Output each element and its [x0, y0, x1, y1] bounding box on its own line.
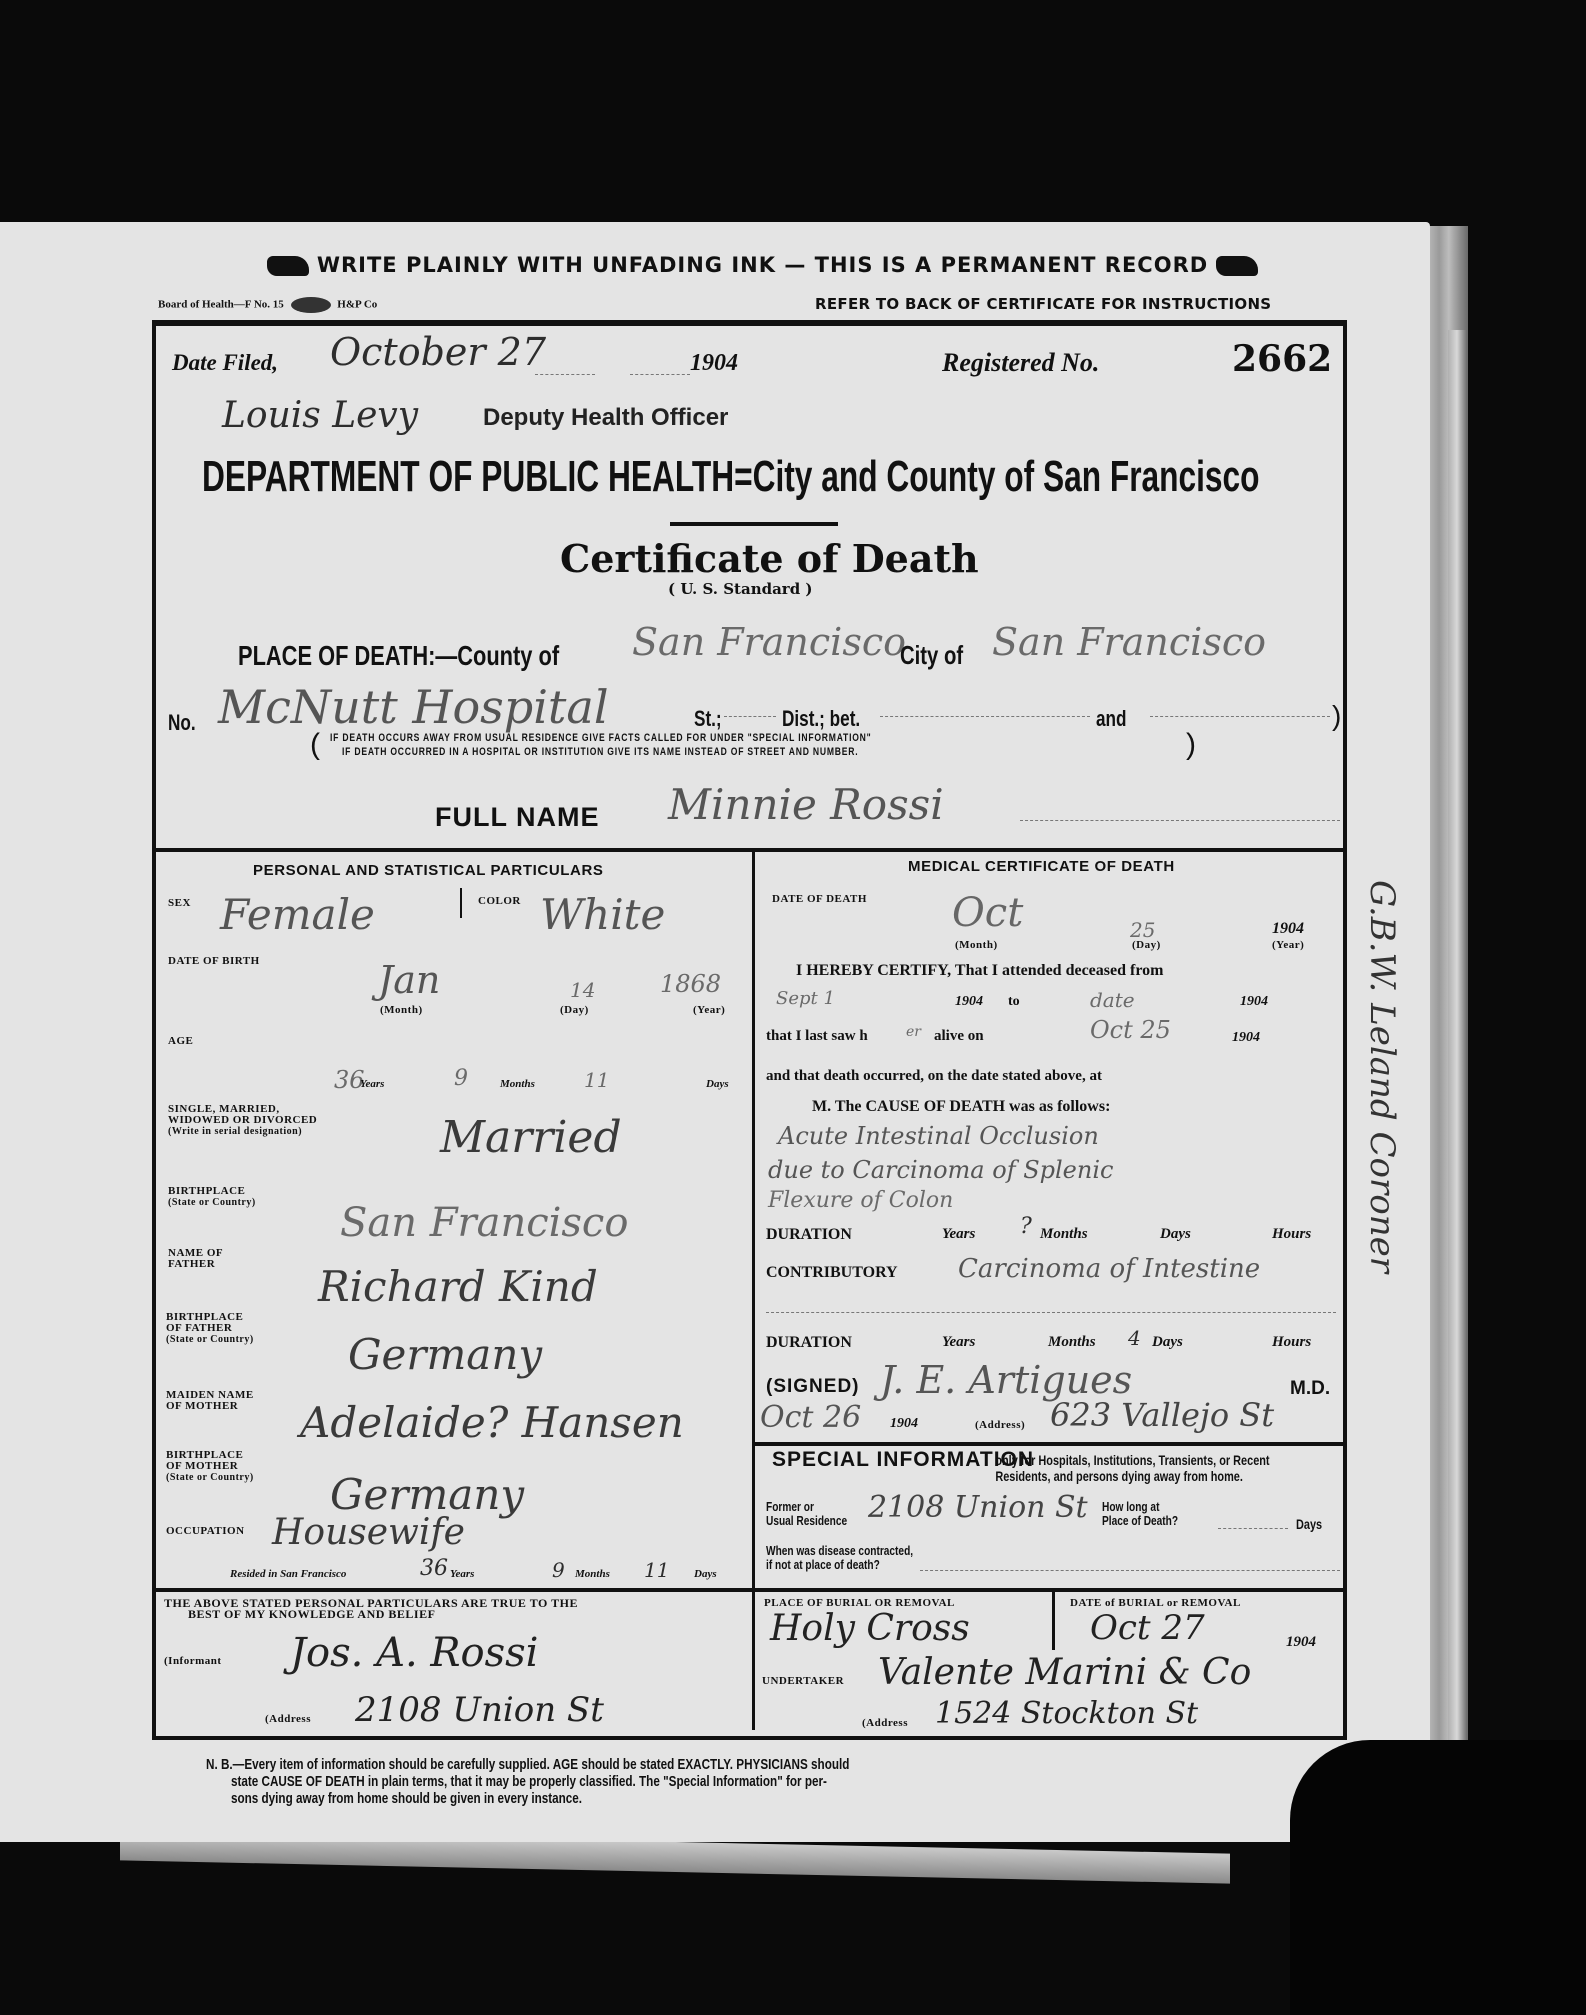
place-note-line2: IF DEATH OCCURRED IN A HOSPITAL OR INSTI… [342, 746, 858, 758]
dotted-line [1218, 1528, 1288, 1529]
dotted-line [880, 716, 1090, 717]
and-label: and [1096, 706, 1127, 732]
last-saw-label: that I last saw h [766, 1028, 868, 1045]
duration2-days: 4 [1128, 1326, 1141, 1350]
seal-icon [291, 297, 331, 313]
duration-label: DURATION [766, 1226, 852, 1244]
former-residence-label: Former or Usual Residence [766, 1500, 847, 1528]
contributory-label: CONTRIBUTORY [766, 1264, 898, 1282]
column-divider [752, 850, 755, 1730]
title-divider [670, 522, 838, 526]
dotted-line [1150, 716, 1330, 717]
contributory-value: Carcinoma of Intestine [958, 1254, 1260, 1284]
banner: WRITE PLAINLY WITH UNFADING INK — THIS I… [215, 248, 1310, 282]
hospital-address: McNutt Hospital [218, 680, 609, 734]
age-months: 9 [454, 1066, 468, 1091]
marital-label: SINGLE, MARRIED, WIDOWED OR DIVORCED (Wr… [168, 1104, 317, 1137]
duration1-days-label: Days [1160, 1226, 1191, 1243]
informant-statement: THE ABOVE STATED PERSONAL PARTICULARS AR… [164, 1598, 578, 1620]
sex-value: Female [220, 890, 375, 939]
pointing-hand-icon [1216, 256, 1258, 276]
to-label: to [1008, 994, 1020, 1010]
pointing-hand-icon [267, 256, 309, 276]
undertaker-address-label: (Address [862, 1718, 908, 1729]
cause-line-3: Flexure of Colon [768, 1188, 953, 1213]
attended-to: date [1090, 988, 1135, 1012]
burial-year: 1904 [1286, 1634, 1316, 1651]
duration2-years-label: Years [942, 1334, 975, 1351]
informant-name: Jos. A. Rossi [290, 1630, 538, 1676]
dotted-line [1020, 820, 1340, 821]
duration1-hours-label: Hours [1272, 1226, 1311, 1243]
paren-close: ) [1332, 700, 1341, 732]
deputy-title: Deputy Health Officer [483, 404, 728, 432]
dod-day-caption: (Day) [1132, 940, 1161, 951]
month-caption: (Month) [380, 1005, 423, 1016]
dotted-line [630, 374, 690, 375]
certificate-title: Certificate of Death [560, 536, 979, 581]
medical-header: MEDICAL CERTIFICATE OF DEATH [908, 858, 1175, 875]
place-of-death-label: PLACE OF DEATH:—County of [238, 640, 559, 672]
physician-address-label: (Address) [975, 1420, 1025, 1431]
former-residence-value: 2108 Union St [868, 1490, 1088, 1525]
full-name-label: FULL NAME [435, 802, 600, 833]
duration2-label: DURATION [766, 1334, 852, 1352]
year-caption: (Year) [693, 1005, 725, 1016]
special-subheader-text: only for Hospitals, Institutions, Transi… [766, 1452, 1312, 1484]
certificate-subtitle: ( U. S. Standard ) [668, 580, 813, 598]
paren-close: ) [1186, 728, 1196, 762]
county-value: San Francisco [632, 620, 906, 664]
dob-label: DATE OF BIRTH [168, 956, 260, 967]
marital-value: Married [440, 1112, 622, 1163]
how-long-label: How long at Place of Death? [1102, 1500, 1178, 1528]
md-label: M.D. [1290, 1378, 1330, 1400]
occupation-label: OCCUPATION [166, 1526, 245, 1537]
date-filed-label: Date Filed, [172, 350, 278, 376]
dob-day: 14 [570, 978, 595, 1002]
cause-label: M. The CAUSE OF DEATH was as follows: [812, 1098, 1110, 1116]
father-name-label: NAME OF FATHER [168, 1248, 223, 1270]
father-birthplace-value: Germany [348, 1330, 542, 1379]
city-label: City of [900, 640, 963, 671]
burial-divider [752, 1588, 1344, 1592]
attended-from: Sept 1 [776, 988, 835, 1009]
full-name-value: Minnie Rossi [668, 780, 944, 829]
attended-from-year: 1904 [955, 994, 983, 1010]
alive-on-label: alive on [934, 1028, 984, 1045]
city-value: San Francisco [992, 620, 1266, 664]
undertaker-value: Valente Marini & Co [878, 1652, 1251, 1693]
street-label: St.; [694, 706, 722, 732]
special-divider [752, 1442, 1344, 1446]
color-label: COLOR [478, 896, 521, 907]
no-label: No. [168, 710, 196, 735]
date-filed-value: October 27 [330, 330, 546, 374]
duration2-months-label: Months [1048, 1334, 1096, 1351]
paren-open: ( [310, 728, 320, 762]
occurred-text: and that death occurred, on the date sta… [766, 1068, 1102, 1085]
deputy-signature: Louis Levy [222, 395, 418, 436]
place-note-line1: IF DEATH OCCURS AWAY FROM USUAL RESIDENC… [330, 732, 872, 744]
sex-label: SEX [168, 898, 191, 909]
occupation-value: Housewife [272, 1512, 465, 1553]
father-birthplace-label: BIRTHPLACE OF FATHER (State or Country) [166, 1312, 254, 1345]
margin-coroner-note: G.B.W. Leland Coroner [1362, 880, 1402, 1273]
informant-address: 2108 Union St [355, 1690, 604, 1730]
scan-shadow [1290, 1740, 1586, 2015]
resided-days-caption: Days [694, 1568, 717, 1580]
duration2-days-label: Days [1152, 1334, 1183, 1351]
how-long-days-label: Days [1296, 1516, 1322, 1532]
age-years-caption: Years [360, 1078, 384, 1090]
dotted-line [766, 1312, 1336, 1313]
age-label: AGE [168, 1036, 193, 1047]
resided-years: 36 [420, 1556, 448, 1581]
last-saw-year: 1904 [1232, 1030, 1260, 1046]
form-number: Board of Health—F No. 15 H&P Co [158, 297, 377, 313]
duration1-years-label: Years [942, 1226, 975, 1243]
signed-date: Oct 26 [760, 1400, 861, 1435]
informant-label: (Informant [164, 1656, 222, 1667]
dotted-line [920, 1570, 1340, 1571]
resided-months: 9 [552, 1558, 565, 1582]
dod-month-caption: (Month) [955, 940, 998, 951]
refer-instructions: REFER TO BACK OF CERTIFICATE FOR INSTRUC… [815, 295, 1271, 313]
field-divider [460, 888, 462, 918]
color-value: White [540, 890, 665, 939]
personal-header: PERSONAL AND STATISTICAL PARTICULARS [253, 862, 604, 879]
mother-name-value: Adelaide? Hansen [300, 1398, 684, 1447]
attended-to-year: 1904 [1240, 994, 1268, 1010]
burial-field-divider [1052, 1590, 1055, 1650]
age-days: 11 [584, 1068, 609, 1092]
cause-line-1: Acute Intestinal Occlusion [778, 1122, 1099, 1150]
signed-year: 1904 [890, 1416, 918, 1432]
dob-month: Jan [378, 958, 440, 1002]
duration2-hours-label: Hours [1272, 1334, 1311, 1351]
burial-place-value: Holy Cross [770, 1608, 970, 1649]
resided-years-caption: Years [450, 1568, 474, 1580]
physician-address: 623 Vallejo St [1050, 1396, 1274, 1434]
contracted-label: When was disease contracted, if not at p… [766, 1544, 913, 1572]
mother-birthplace-label: BIRTHPLACE OF MOTHER (State or Country) [166, 1450, 254, 1483]
dotted-line [724, 716, 776, 717]
mother-name-label: MAIDEN NAME OF MOTHER [166, 1390, 254, 1412]
department-title: DEPARTMENT OF PUBLIC HEALTH=City and Cou… [202, 452, 1260, 502]
district-label: Dist.; bet. [782, 706, 860, 732]
dod-month: Oct [952, 890, 1023, 936]
duration1-months-label: Months [1040, 1226, 1088, 1243]
informant-address-label: (Address [265, 1714, 311, 1725]
undertaker-label: UNDERTAKER [762, 1676, 844, 1687]
day-caption: (Day) [560, 1005, 589, 1016]
dod-label: DATE OF DEATH [772, 894, 867, 905]
father-name-value: Richard Kind [318, 1262, 598, 1311]
signed-label: (SIGNED) [766, 1376, 860, 1398]
registered-number: 2662 [1232, 338, 1332, 380]
book-page-edges-inner [1448, 330, 1466, 1890]
dod-year-caption: (Year) [1272, 940, 1304, 951]
section-divider [156, 848, 1344, 852]
footnote: N. B.—Every item of information should b… [206, 1756, 849, 1807]
burial-date-value: Oct 27 [1090, 1608, 1205, 1648]
birthplace-label: BIRTHPLACE (State or Country) [168, 1186, 256, 1208]
undertaker-address: 1524 Stockton St [935, 1696, 1198, 1731]
date-filed-year: 1904 [690, 350, 738, 377]
registered-label: Registered No. [942, 348, 1099, 378]
last-saw-date: Oct 25 [1090, 1016, 1171, 1044]
dod-year: 1904 [1272, 920, 1304, 938]
last-saw-pronoun: er [906, 1024, 921, 1040]
resided-days: 11 [644, 1558, 669, 1582]
dob-year: 1868 [660, 970, 721, 998]
age-months-caption: Months [500, 1078, 535, 1090]
dotted-line [535, 374, 595, 375]
cause-line-2: due to Carcinoma of Splenic [768, 1156, 1113, 1184]
birthplace-value: San Francisco [340, 1200, 628, 1246]
certify-text: I HEREBY CERTIFY, That I attended deceas… [796, 962, 1163, 980]
duration1-months: ? [1020, 1214, 1032, 1239]
resided-months-caption: Months [575, 1568, 610, 1580]
resided-label: Resided in San Francisco [230, 1568, 346, 1580]
informant-divider [156, 1588, 752, 1592]
age-days-caption: Days [706, 1078, 729, 1090]
